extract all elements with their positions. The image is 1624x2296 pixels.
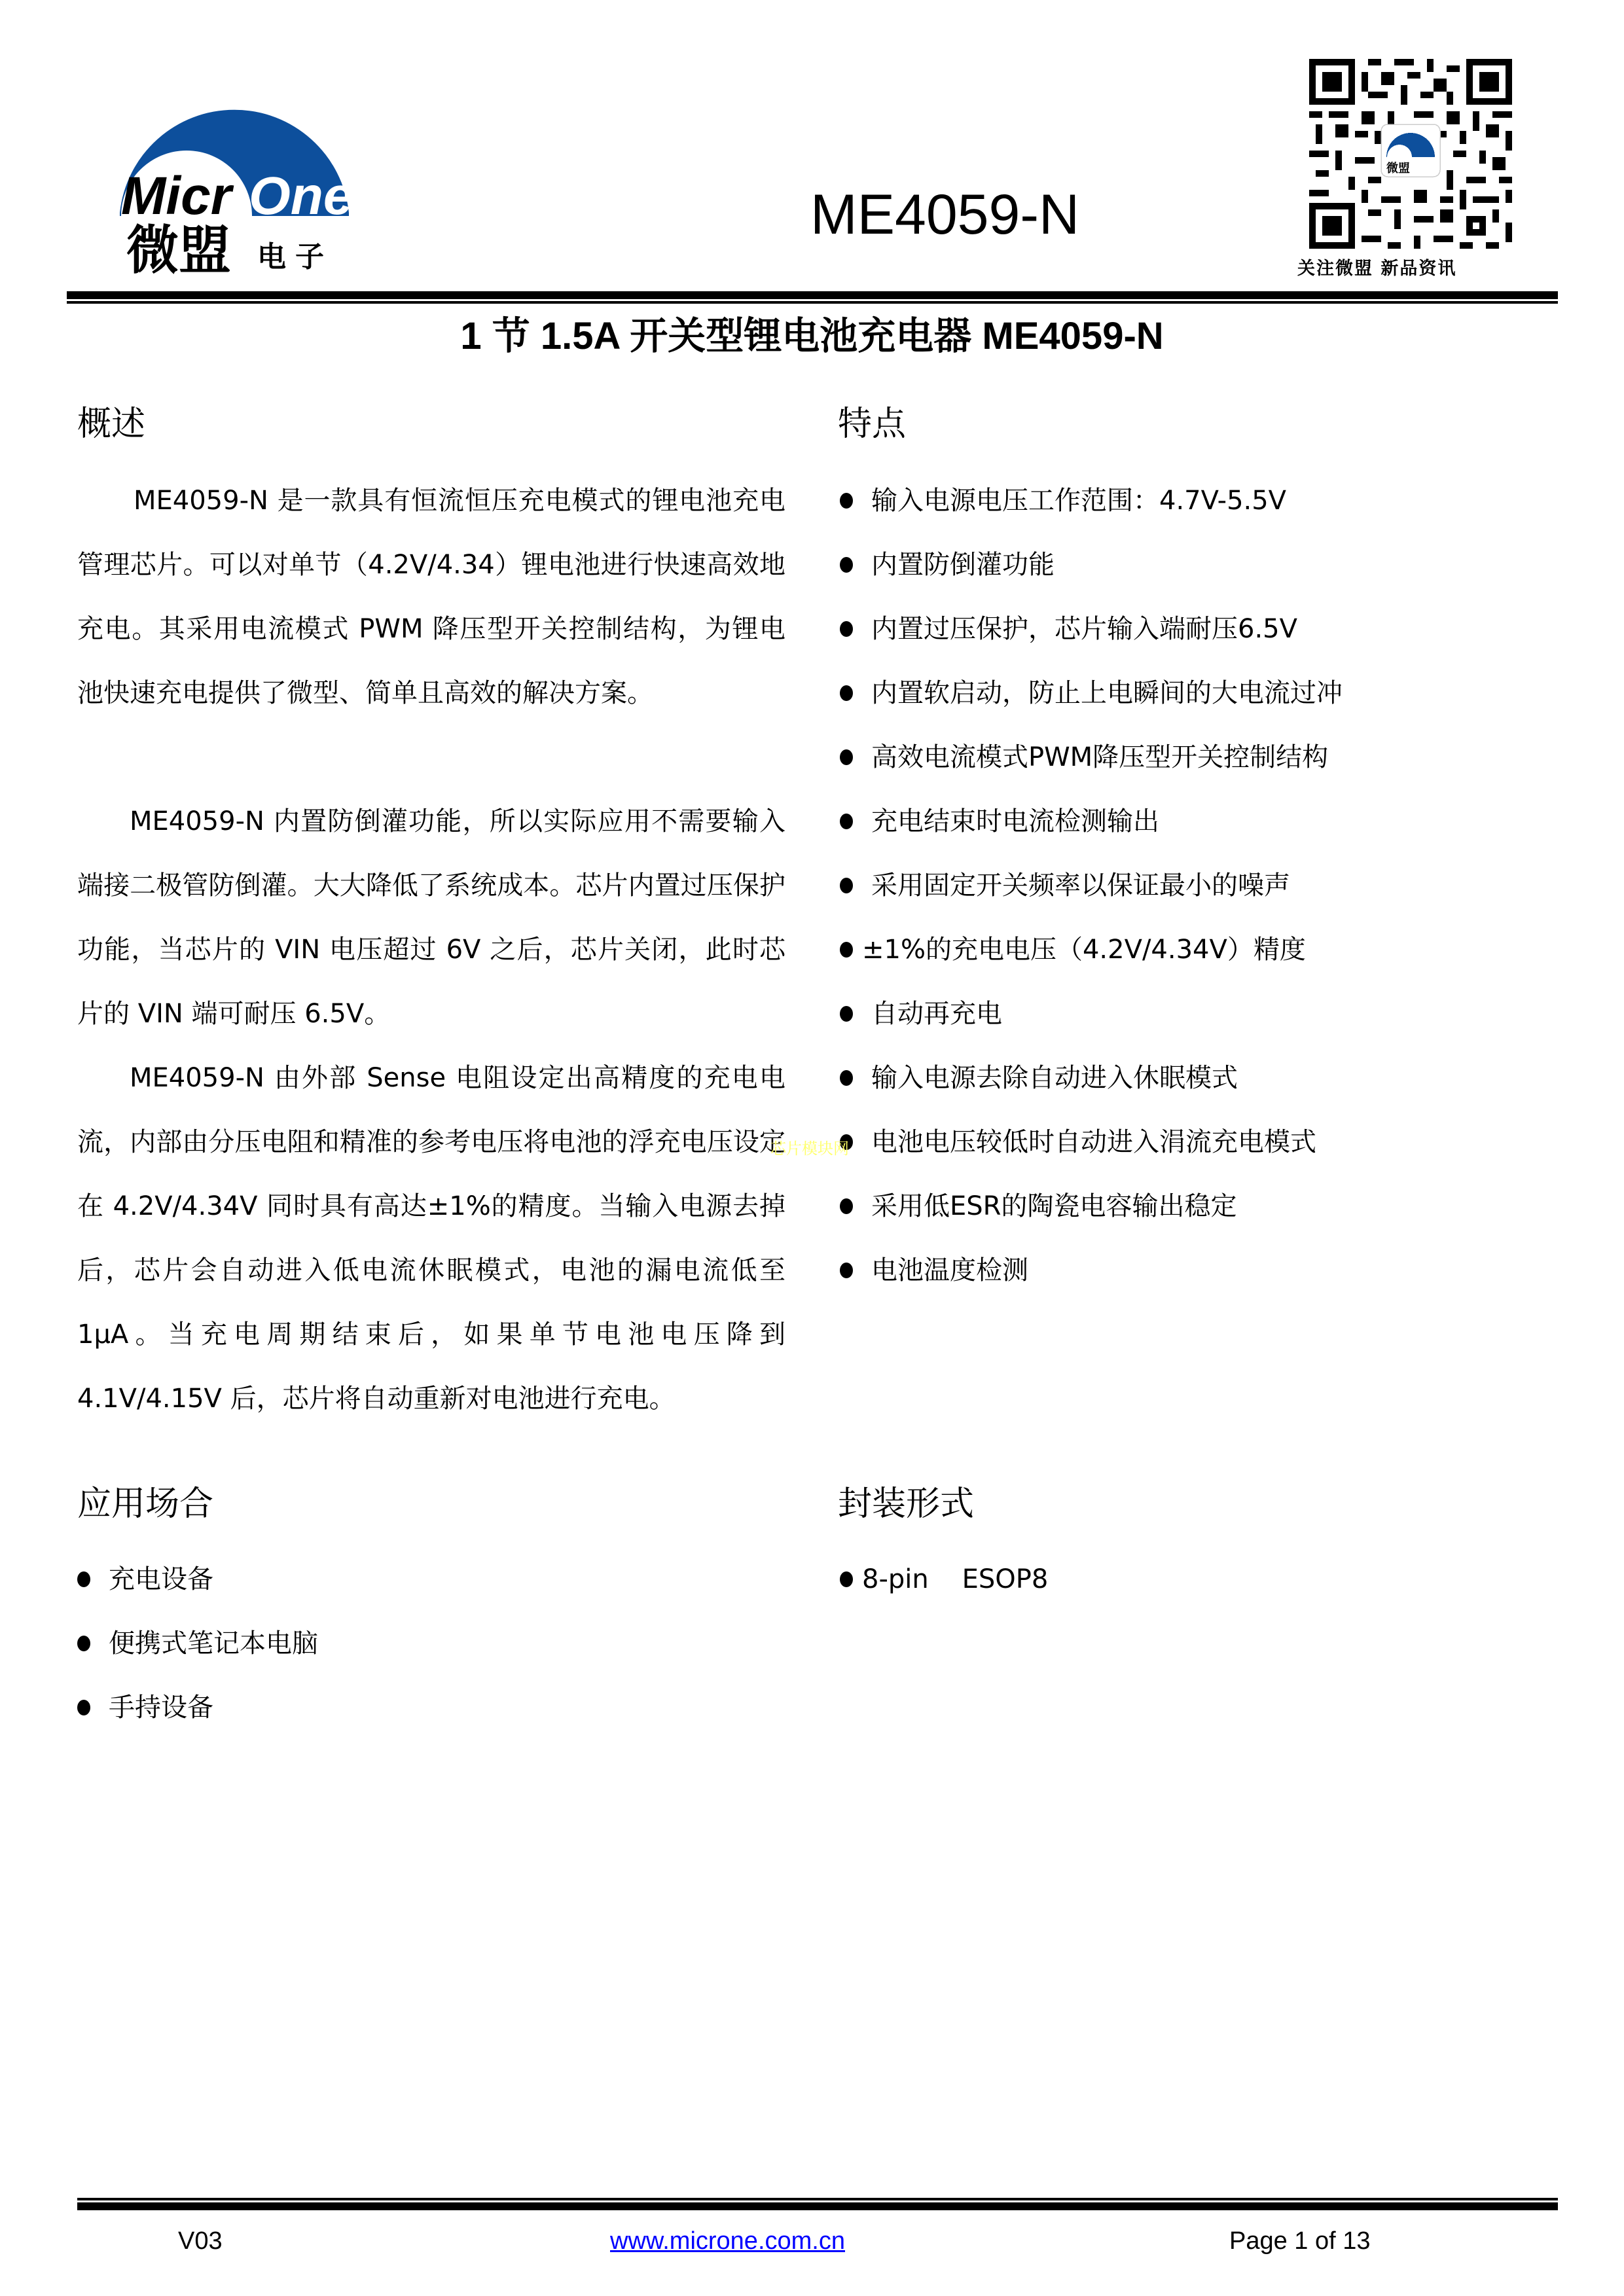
- watermark-text: 芯片模块网: [770, 1136, 849, 1158]
- bullet-icon: [77, 1636, 90, 1651]
- bullet-icon: [77, 1571, 90, 1587]
- feature-item: 采用低ESR的陶瓷电容输出稳定: [840, 1174, 1343, 1238]
- features-list: 输入电源电压工作范围：4.7V-5.5V 内置防倒灌功能 内置过压保护，芯片输入…: [840, 469, 1343, 1302]
- bullet-icon: [840, 749, 853, 765]
- bullet-icon: [840, 1006, 853, 1022]
- bullet-icon: [840, 1263, 853, 1278]
- feature-item: 内置过压保护，芯片输入端耐压6.5V: [840, 597, 1343, 661]
- feature-item: 电池温度检测: [840, 1238, 1343, 1302]
- package-item: 8-pin ESOP8: [840, 1547, 1048, 1611]
- feature-item: 输入电源去除自动进入休眠模式: [840, 1046, 1343, 1110]
- microne-logo: Micr One 微盟 电子: [108, 62, 350, 278]
- overview-heading: 概述: [77, 407, 145, 441]
- feature-item: 高效电流模式PWM降压型开关控制结构: [840, 725, 1343, 789]
- bullet-icon: [840, 1070, 853, 1086]
- svg-text:微盟: 微盟: [126, 220, 231, 278]
- feature-item: 内置防倒灌功能: [840, 533, 1343, 597]
- bullet-icon: [840, 878, 853, 893]
- overview-paragraph-2: ME4059-N 内置防倒灌功能，所以实际应用不需要输入端接二极管防倒灌。大大降…: [77, 789, 785, 1046]
- bullet-icon: [840, 942, 853, 958]
- svg-text:电子: 电子: [257, 240, 333, 274]
- header-divider-thick: [67, 291, 1558, 299]
- overview-paragraph-3: ME4059-N 由外部 Sense 电阻设定出高精度的充电电流，内部由分压电阻…: [77, 1046, 785, 1431]
- feature-item: 输入电源电压工作范围：4.7V-5.5V: [840, 469, 1343, 533]
- document-model-number: ME4059-N: [810, 187, 1079, 243]
- header-divider-thin: [67, 301, 1558, 304]
- package-heading: 封装形式: [838, 1487, 974, 1521]
- feature-item: 采用固定开关频率以保证最小的噪声: [840, 853, 1343, 918]
- applications-heading: 应用场合: [77, 1487, 213, 1521]
- svg-text:微盟: 微盟: [1386, 161, 1410, 175]
- qr-code[interactable]: 微盟: [1303, 52, 1519, 255]
- feature-item: 电池电压较低时自动进入涓流充电模式: [840, 1110, 1343, 1174]
- footer-website-link[interactable]: www.microne.com.cn: [610, 2229, 845, 2253]
- document-title: 1 节 1.5A 开关型锂电池充电器 ME4059-N: [0, 317, 1624, 355]
- footer-page-number: Page 1 of 13: [1229, 2229, 1371, 2253]
- bullet-icon: [840, 621, 853, 637]
- bullet-icon: [840, 557, 853, 573]
- features-heading: 特点: [838, 407, 906, 441]
- overview-paragraph-1: ME4059-N 是一款具有恒流恒压充电模式的锂电池充电管理芯片。可以对单节（4…: [77, 469, 785, 725]
- feature-item: 充电结束时电流检测输出: [840, 789, 1343, 853]
- qr-caption: 关注微盟 新品资讯: [1297, 254, 1523, 279]
- feature-item: ±1%的充电电压（4.2V/4.34V）精度: [840, 918, 1343, 982]
- application-item: 手持设备: [77, 1676, 318, 1740]
- svg-text:One: One: [249, 166, 350, 226]
- footer-divider-thick: [77, 2202, 1558, 2210]
- bullet-icon: [840, 814, 853, 829]
- svg-text:Micr: Micr: [121, 166, 234, 226]
- application-item: 充电设备: [77, 1547, 318, 1611]
- footer-version: V03: [178, 2229, 223, 2253]
- bullet-icon: [840, 685, 853, 701]
- package-list: 8-pin ESOP8: [840, 1547, 1048, 1611]
- applications-list: 充电设备 便携式笔记本电脑 手持设备: [77, 1547, 318, 1740]
- application-item: 便携式笔记本电脑: [77, 1611, 318, 1676]
- footer-divider-thin: [77, 2198, 1558, 2200]
- bullet-icon: [840, 1571, 853, 1587]
- feature-item: 自动再充电: [840, 982, 1343, 1046]
- feature-item: 内置软启动，防止上电瞬间的大电流过冲: [840, 661, 1343, 725]
- bullet-icon: [840, 493, 853, 509]
- bullet-icon: [840, 1198, 853, 1214]
- bullet-icon: [77, 1700, 90, 1715]
